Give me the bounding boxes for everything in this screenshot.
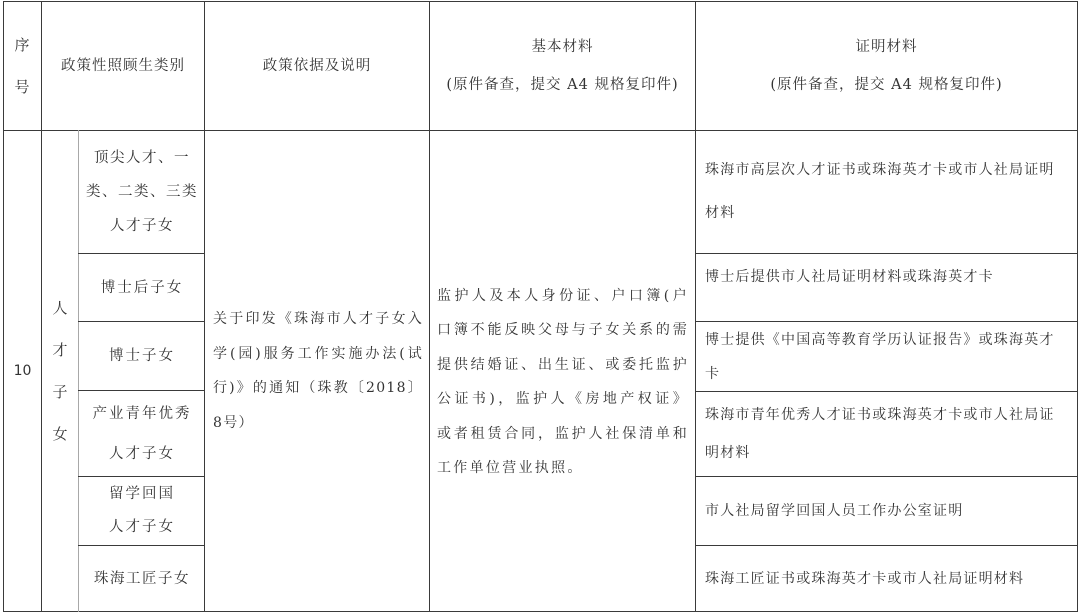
basic-materials: 监护人及本人身份证、户口簿(户口簿不能反映父母与子女关系的需提供结婚证、出生证、… <box>437 131 689 611</box>
table-right-border <box>1077 1 1078 612</box>
subcategory-returnee: 留学回国人才子女 <box>80 477 204 545</box>
proof-top-talent: 珠海市高层次人才证书或珠海英才卡或市人社局证明材料 <box>696 131 1077 253</box>
group-char: 子 <box>50 371 70 413</box>
header-basic-materials: 基本材料 (原件备查，提交 A4 规格复印件) <box>430 2 695 130</box>
proof-postdoc: 博士后提供市人社局证明材料或珠海英才卡 <box>696 254 1077 321</box>
table-bottom-border <box>3 611 1078 612</box>
col-divider-group <box>78 130 79 612</box>
row-index: 10 <box>4 131 41 611</box>
header-basic-title: 基本材料 <box>532 28 594 66</box>
group-label: 人 才 子 女 <box>42 131 78 611</box>
proof-returnee: 市人社局留学回国人员工作办公室证明 <box>696 477 1077 545</box>
subcategory-top-talent: 顶尖人才、一类、二类、三类人才子女 <box>80 131 204 253</box>
header-index: 序 号 <box>4 2 41 130</box>
group-char: 才 <box>50 329 70 371</box>
group-char: 人 <box>50 287 70 329</box>
header-category: 政策性照顾生类别 <box>42 2 204 130</box>
policy-basis: 关于印发《珠海市人才子女入学(园)服务工作实施办法(试行)》的通知（珠教〔201… <box>213 131 423 611</box>
header-proof-note: (原件备查，提交 A4 规格复印件) <box>770 66 1002 104</box>
subcategory-youth-talent: 产业青年优秀人才子女 <box>80 391 204 476</box>
subcategory-craftsman: 珠海工匠子女 <box>80 546 204 611</box>
header-proof-materials: 证明材料 (原件备查，提交 A4 规格复印件) <box>696 2 1077 130</box>
proof-craftsman: 珠海工匠证书或珠海英才卡或市人社局证明材料 <box>696 546 1077 611</box>
proof-doctor: 博士提供《中国高等教育学历认证报告》或珠海英才卡 <box>696 322 1077 391</box>
subcategory-doctor: 博士子女 <box>80 322 204 390</box>
header-proof-title: 证明材料 <box>856 28 918 66</box>
header-policy: 政策依据及说明 <box>205 2 429 130</box>
header-index-char: 号 <box>14 66 30 108</box>
proof-youth-talent: 珠海市青年优秀人才证书或珠海英才卡或市人社局证明材料 <box>696 392 1077 476</box>
header-index-char: 序 <box>14 24 30 66</box>
group-char: 女 <box>50 413 70 455</box>
subcategory-postdoc: 博士后子女 <box>80 254 204 321</box>
header-basic-note: (原件备查，提交 A4 规格复印件) <box>446 66 678 104</box>
